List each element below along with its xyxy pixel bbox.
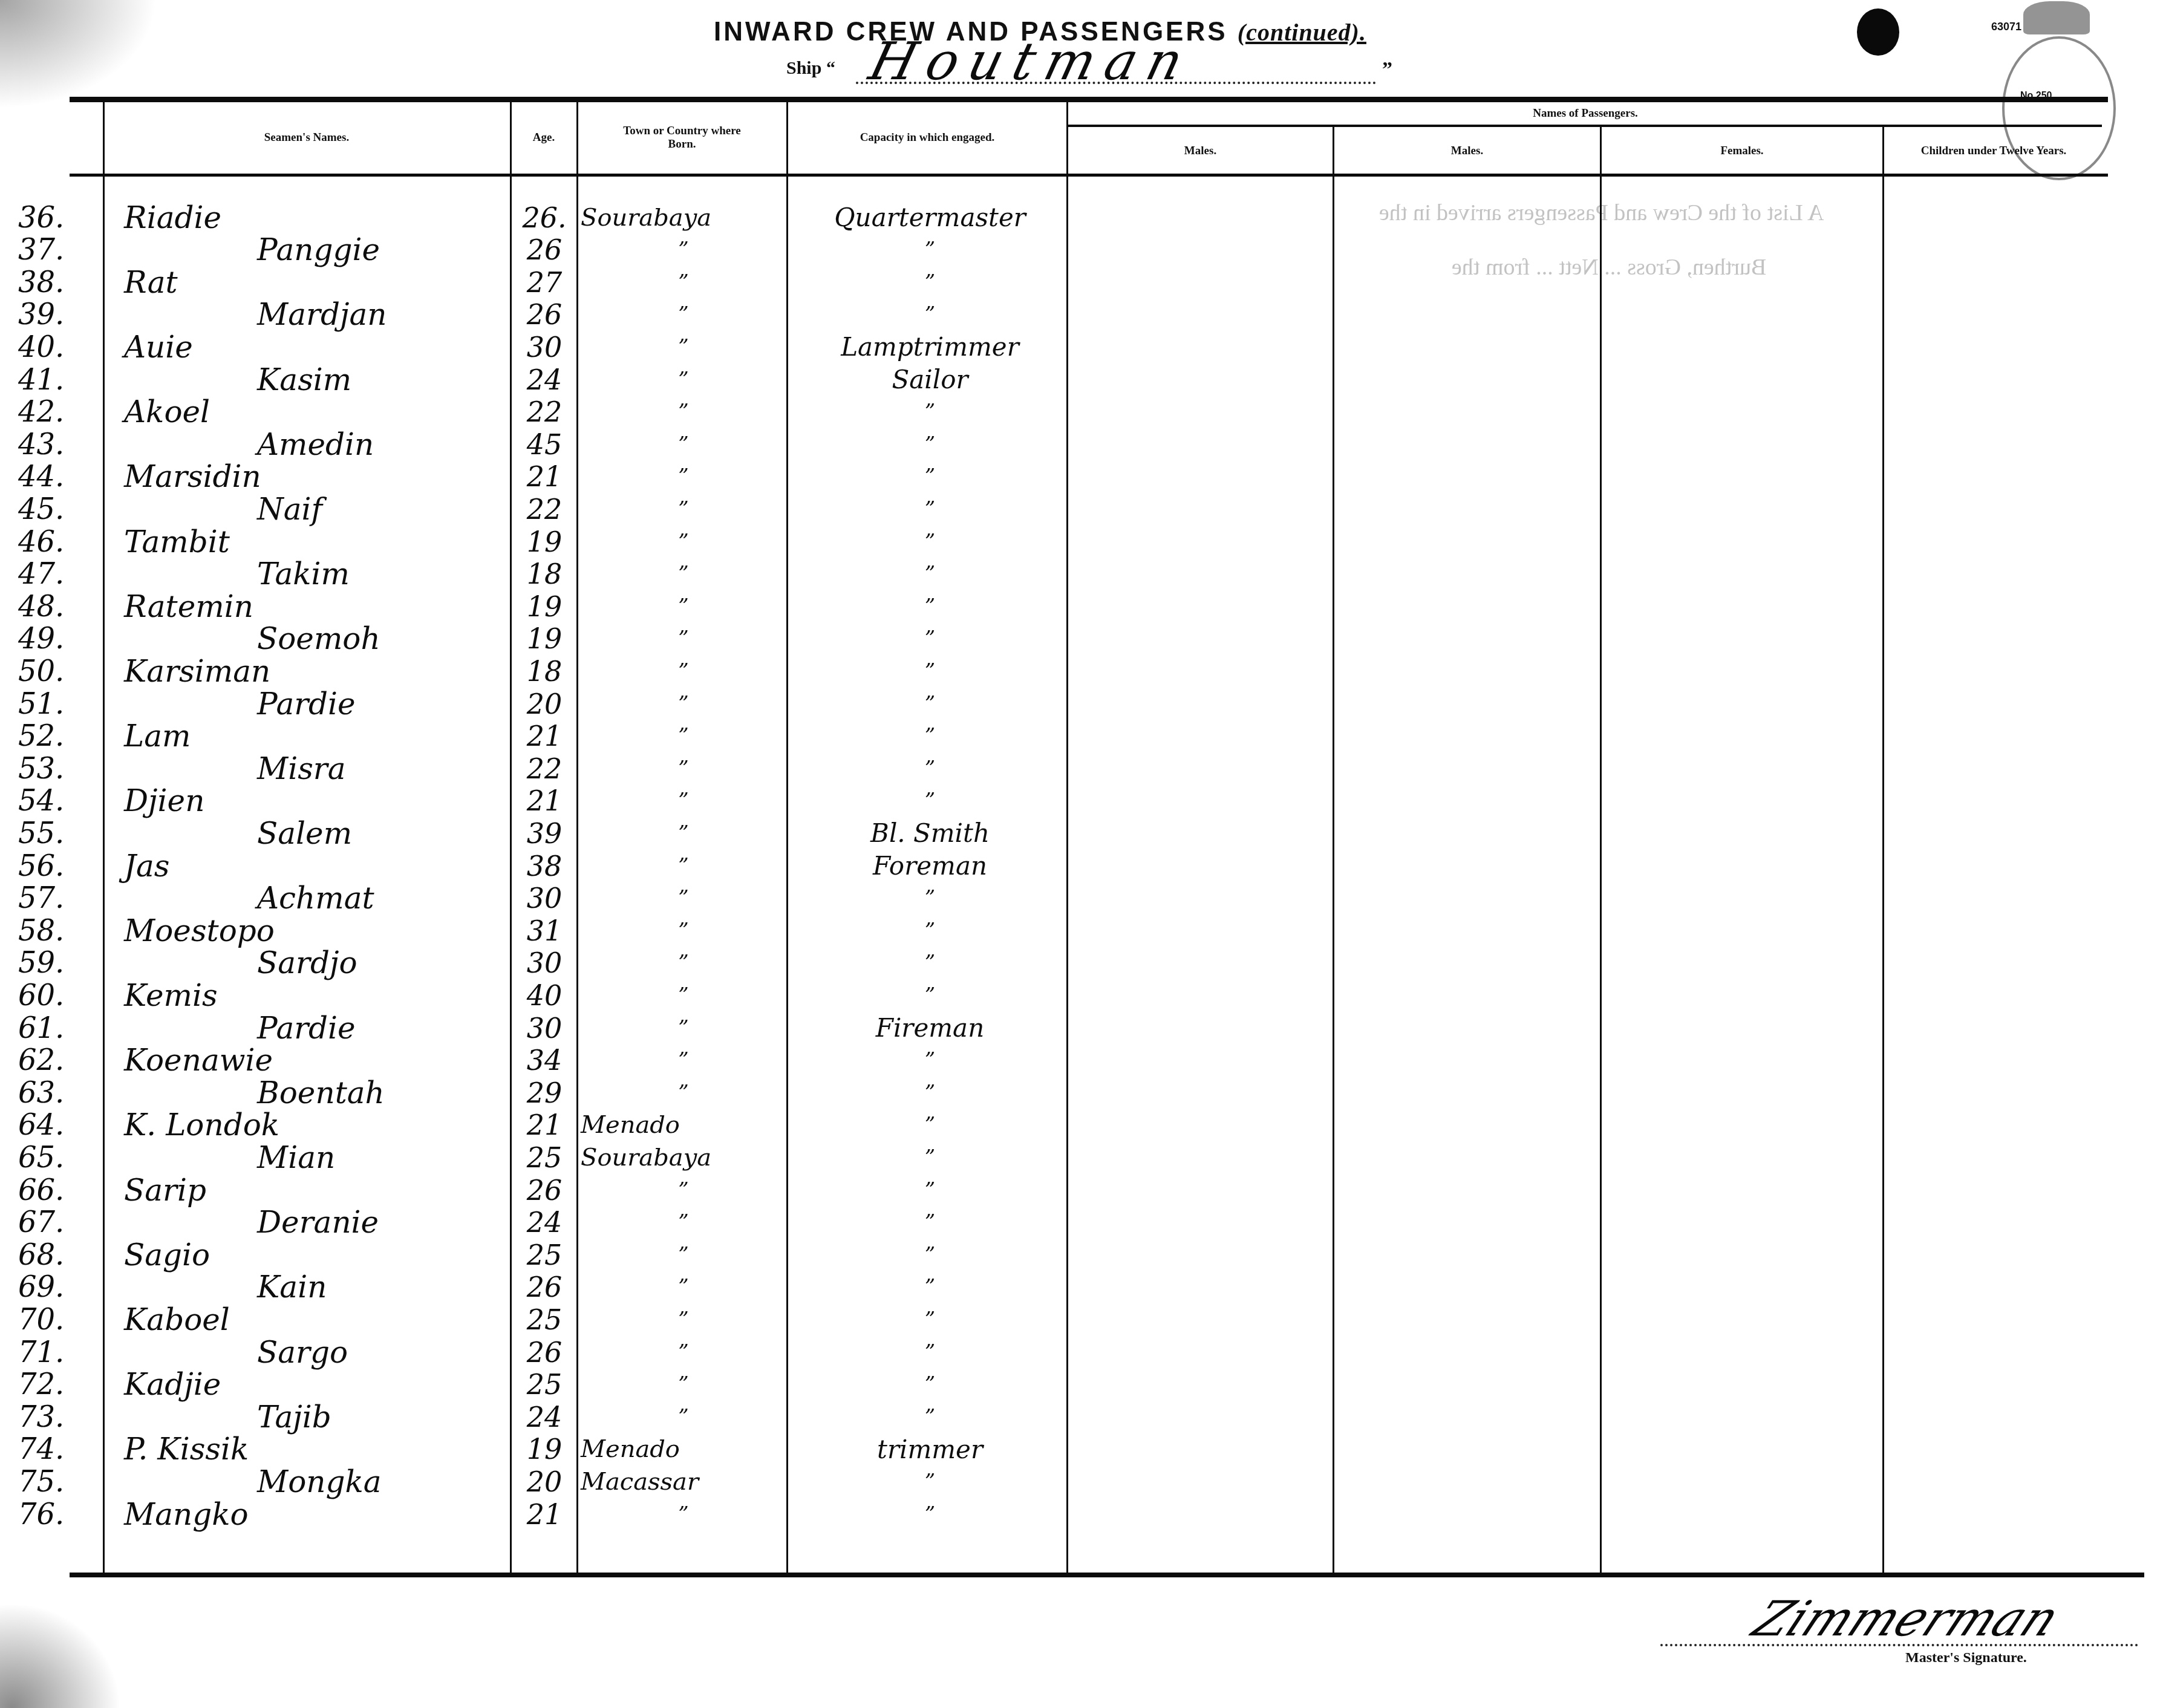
table-row: 49.Soemoh19”” [0, 623, 2163, 656]
seaman-name: Sagio [124, 1239, 499, 1271]
table-row: 73.Tajib24”” [0, 1401, 2163, 1433]
row-number: 71. [18, 1336, 91, 1368]
table-row: 44.Marsidin21”” [0, 461, 2163, 494]
seaman-name: K. Londok [124, 1109, 499, 1141]
row-number: 74. [18, 1433, 91, 1465]
birthplace: ” [581, 234, 786, 266]
table-row: 54.Djien21”” [0, 785, 2163, 818]
seaman-age: 18 [514, 558, 575, 590]
row-number: 53. [18, 752, 91, 784]
row-number: 51. [18, 688, 91, 720]
capacity-engaged: ” [792, 590, 1068, 622]
seaman-age: 39 [514, 817, 575, 849]
seaman-age: 25 [514, 1303, 575, 1335]
row-number: 67. [18, 1207, 91, 1239]
form-number: 63071 [1991, 21, 2021, 33]
birthplace: ” [581, 947, 786, 979]
seaman-age: 22 [514, 396, 575, 428]
table-row: 75.Mongka20Macassar” [0, 1465, 2163, 1498]
table-row: 42.Akoel22”” [0, 396, 2163, 429]
row-number: 65. [18, 1141, 91, 1173]
capacity-engaged: ” [792, 428, 1068, 460]
row-number: 56. [18, 850, 91, 882]
birthplace: ” [581, 979, 786, 1011]
row-number: 42. [18, 396, 91, 428]
seaman-name: Sarip [124, 1174, 499, 1206]
capacity-engaged: ” [792, 947, 1068, 979]
table-row: 58.Moestopo31”” [0, 914, 2163, 947]
ship-close-quote: ” [1382, 58, 1392, 81]
table-row: 66.Sarip26”” [0, 1174, 2163, 1207]
row-number: 47. [18, 558, 91, 590]
birthplace: ” [581, 1239, 786, 1271]
birthplace: ” [581, 914, 786, 947]
capacity-engaged: ” [792, 623, 1068, 655]
table-row: 65.Mian25Sourabaya” [0, 1141, 2163, 1174]
seaman-name: Kaboel [124, 1303, 499, 1335]
table-row: 59.Sardjo30”” [0, 947, 2163, 980]
table-row: 57.Achmat30”” [0, 882, 2163, 915]
seaman-name: Karsiman [124, 655, 499, 687]
birthplace: ” [581, 623, 786, 655]
birthplace: ” [581, 1498, 786, 1530]
header-seamens-names: Seamen's Names. [104, 103, 509, 172]
row-number: 37. [18, 234, 91, 266]
capacity-engaged: ” [792, 461, 1068, 493]
row-number: 62. [18, 1045, 91, 1077]
row-number: 57. [18, 882, 91, 914]
table-top-rule [70, 97, 2108, 102]
row-number: 63. [18, 1077, 91, 1109]
table-row: 48.Ratemin19”” [0, 590, 2163, 623]
capacity-engaged: ” [792, 1303, 1068, 1335]
seaman-age: 19 [514, 623, 575, 655]
seaman-name: Kemis [124, 979, 499, 1011]
birthplace: ” [581, 461, 786, 493]
capacity-engaged: ” [792, 1207, 1068, 1239]
birthplace: ” [581, 1207, 786, 1239]
seaman-age: 20 [514, 1465, 575, 1498]
capacity-engaged: Lamptrimmer [792, 331, 1068, 363]
seaman-age: 18 [514, 655, 575, 687]
capacity-engaged: ” [792, 752, 1068, 784]
capacity-engaged: ” [792, 558, 1068, 590]
seaman-name: Mangko [124, 1498, 499, 1530]
seaman-name: Jas [124, 850, 499, 882]
table-bottom-rule [70, 1573, 2144, 1577]
row-number: 41. [18, 363, 91, 396]
table-row: 36.Riadie26.SourabayaQuartermaster [0, 201, 2163, 234]
birthplace: ” [581, 526, 786, 558]
seaman-age: 27 [514, 266, 575, 298]
seaman-age: 22 [514, 752, 575, 784]
row-number: 69. [18, 1271, 91, 1303]
birthplace: ” [581, 558, 786, 590]
seaman-age: 19 [514, 590, 575, 622]
header-children: Children under Twelve Years. [1884, 128, 2103, 174]
capacity-engaged: ” [792, 526, 1068, 558]
row-number: 55. [18, 817, 91, 849]
birthplace: Sourabaya [581, 201, 786, 233]
row-number: 49. [18, 623, 91, 655]
seaman-name: Tambit [124, 526, 499, 558]
seaman-name: Ratemin [124, 590, 499, 622]
birthplace: ” [581, 850, 786, 882]
seaman-age: 30 [514, 1012, 575, 1044]
table-row: 70.Kaboel25”” [0, 1303, 2163, 1336]
table-row: 45.Naif22”” [0, 493, 2163, 526]
birthplace: ” [581, 266, 786, 298]
row-number: 61. [18, 1012, 91, 1044]
ship-label: Ship “ [786, 58, 835, 79]
table-row: 40.Auie30”Lamptrimmer [0, 331, 2163, 363]
capacity-engaged: ” [792, 266, 1068, 298]
seaman-age: 24 [514, 363, 575, 396]
table-row: 37.Panggie26”” [0, 234, 2163, 267]
seaman-name: Riadie [124, 201, 499, 233]
row-number: 54. [18, 785, 91, 817]
capacity-engaged: Fireman [792, 1012, 1068, 1044]
table-row: 53.Misra22”” [0, 752, 2163, 785]
header-town-born: Town or Country where Born. [581, 103, 783, 172]
capacity-engaged: ” [792, 882, 1068, 914]
table-row: 46.Tambit19”” [0, 526, 2163, 558]
table-row: 50.Karsiman18”” [0, 655, 2163, 688]
birthplace: Macassar [581, 1465, 786, 1498]
birthplace: ” [581, 720, 786, 752]
row-number: 38. [18, 266, 91, 298]
table-row: 64.K. Londok21Menado” [0, 1109, 2163, 1142]
row-number: 44. [18, 461, 91, 493]
seaman-age: 26 [514, 234, 575, 266]
passenger-group-rule [1068, 125, 2102, 127]
capacity-engaged: ” [792, 396, 1068, 428]
table-row: 55.Salem39”Bl. Smith [0, 817, 2163, 850]
seaman-name: Akoel [124, 396, 499, 428]
seaman-age: 45 [514, 428, 575, 460]
table-row: 76.Mangko21”” [0, 1498, 2163, 1531]
table-row: 69.Kain26”” [0, 1271, 2163, 1304]
manifest-page: INWARD CREW AND PASSENGERS (continued). … [0, 0, 2163, 1708]
seaman-age: 26 [514, 299, 575, 331]
capacity-engaged: trimmer [792, 1433, 1068, 1465]
birthplace: ” [581, 1174, 786, 1206]
seaman-age: 24 [514, 1401, 575, 1433]
row-number: 60. [18, 979, 91, 1011]
table-row: 51.Pardie20”” [0, 688, 2163, 720]
capacity-engaged: ” [792, 1239, 1068, 1271]
table-row: 39.Mardjan26”” [0, 299, 2163, 331]
table-row: 41.Kasim24”Sailor [0, 363, 2163, 396]
row-number: 64. [18, 1109, 91, 1141]
seaman-age: 24 [514, 1207, 575, 1239]
capacity-engaged: ” [792, 1369, 1068, 1401]
birthplace: ” [581, 688, 786, 720]
row-number: 50. [18, 655, 91, 687]
capacity-engaged: ” [792, 1077, 1068, 1109]
header-capacity: Capacity in which engaged. [788, 103, 1066, 172]
capacity-engaged: ” [792, 1401, 1068, 1433]
row-number: 39. [18, 299, 91, 331]
capacity-engaged: ” [792, 493, 1068, 525]
table-row: 43.Amedin45”” [0, 428, 2163, 461]
table-row: 60.Kemis40”” [0, 979, 2163, 1012]
signature-label: Master's Signature. [1905, 1650, 2027, 1666]
birthplace: ” [581, 882, 786, 914]
table-row: 61.Pardie30”Fireman [0, 1012, 2163, 1045]
row-number: 43. [18, 428, 91, 460]
birthplace: ” [581, 363, 786, 396]
capacity-engaged: ” [792, 979, 1068, 1011]
capacity-engaged: Foreman [792, 850, 1068, 882]
seaman-age: 21 [514, 1498, 575, 1530]
row-number: 72. [18, 1369, 91, 1401]
row-number: 48. [18, 590, 91, 622]
capacity-engaged: Sailor [792, 363, 1068, 396]
seaman-age: 19 [514, 1433, 575, 1465]
birthplace: ” [581, 752, 786, 784]
row-number: 70. [18, 1303, 91, 1335]
seaman-age: 25 [514, 1369, 575, 1401]
seaman-age: 21 [514, 461, 575, 493]
seaman-age: 31 [514, 914, 575, 947]
row-number: 46. [18, 526, 91, 558]
row-number: 75. [18, 1465, 91, 1498]
seaman-age: 30 [514, 882, 575, 914]
birthplace: Menado [581, 1433, 786, 1465]
seaman-name: Kadjie [124, 1369, 499, 1401]
seaman-age: 40 [514, 979, 575, 1011]
row-number: 40. [18, 331, 91, 363]
table-row: 68.Sagio25”” [0, 1239, 2163, 1271]
seaman-age: 34 [514, 1045, 575, 1077]
seaman-age: 22 [514, 493, 575, 525]
row-number: 45. [18, 493, 91, 525]
seaman-age: 21 [514, 785, 575, 817]
header-males-2: Males. [1334, 128, 1600, 174]
scan-smudge [0, 0, 157, 109]
capacity-engaged: ” [792, 1271, 1068, 1303]
seaman-age: 26 [514, 1174, 575, 1206]
row-number: 36. [18, 201, 91, 233]
table-row: 74.P. Kissik19Menadotrimmer [0, 1433, 2163, 1466]
seaman-name: Lam [124, 720, 499, 752]
seaman-age: 25 [514, 1141, 575, 1173]
row-number: 59. [18, 947, 91, 979]
birthplace: ” [581, 1401, 786, 1433]
birthplace: ” [581, 493, 786, 525]
scan-smudge [0, 1603, 121, 1708]
birthplace: ” [581, 299, 786, 331]
seaman-name: Marsidin [124, 461, 499, 493]
header-names-of-passengers: Names of Passengers. [1068, 103, 2103, 125]
birthplace: ” [581, 396, 786, 428]
capacity-engaged: ” [792, 1465, 1068, 1498]
capacity-engaged: ” [792, 655, 1068, 687]
header-females: Females. [1602, 128, 1882, 174]
table-row: 67.Deranie24”” [0, 1207, 2163, 1239]
birthplace: ” [581, 817, 786, 849]
birthplace: ” [581, 590, 786, 622]
birthplace: ” [581, 1271, 786, 1303]
birthplace: ” [581, 331, 786, 363]
capacity-engaged: ” [792, 234, 1068, 266]
row-number: 58. [18, 914, 91, 947]
header-bottom-rule [70, 174, 2108, 177]
signature-line [1660, 1644, 2138, 1646]
birthplace: ” [581, 1336, 786, 1368]
row-number: 76. [18, 1498, 91, 1530]
capacity-engaged: ” [792, 1336, 1068, 1368]
header-males-1: Males. [1068, 128, 1333, 174]
row-number: 68. [18, 1239, 91, 1271]
capacity-engaged: Bl. Smith [792, 817, 1068, 849]
row-number: 52. [18, 720, 91, 752]
capacity-engaged: ” [792, 914, 1068, 947]
capacity-engaged: ” [792, 1141, 1068, 1173]
birthplace: ” [581, 1012, 786, 1044]
birthplace: ” [581, 1303, 786, 1335]
seaman-name: Koenawie [124, 1045, 499, 1077]
capacity-engaged: Quartermaster [792, 201, 1068, 233]
seaman-name: Rat [124, 266, 499, 298]
seaman-age: 26 [514, 1336, 575, 1368]
seaman-name: Djien [124, 785, 499, 817]
title-suffix: (continued). [1238, 19, 1366, 46]
birthplace: ” [581, 428, 786, 460]
seaman-age: 29 [514, 1077, 575, 1109]
seaman-age: 26 [514, 1271, 575, 1303]
seaman-age: 21 [514, 720, 575, 752]
seaman-name: Moestopo [124, 914, 499, 947]
ship-name: Houtman [864, 31, 1200, 92]
capacity-engaged: ” [792, 1109, 1068, 1141]
master-signature: Zimmerman [1744, 1591, 2069, 1647]
table-row: 52.Lam21”” [0, 720, 2163, 753]
capacity-engaged: ” [792, 299, 1068, 331]
seaman-age: 38 [514, 850, 575, 882]
capacity-engaged: ” [792, 1174, 1068, 1206]
capacity-engaged: ” [792, 785, 1068, 817]
header-age: Age. [512, 103, 576, 172]
punch-hole [1857, 8, 1899, 56]
crown-stamp-icon [2023, 1, 2090, 34]
capacity-engaged: ” [792, 1045, 1068, 1077]
birthplace: ” [581, 1077, 786, 1109]
table-row: 71.Sargo26”” [0, 1336, 2163, 1369]
row-number: 66. [18, 1174, 91, 1206]
capacity-engaged: ” [792, 688, 1068, 720]
birthplace: ” [581, 1369, 786, 1401]
seaman-name: P. Kissik [124, 1433, 499, 1465]
row-number: 73. [18, 1401, 91, 1433]
table-row: 47.Takim18”” [0, 558, 2163, 591]
seaman-age: 30 [514, 331, 575, 363]
birthplace: ” [581, 1045, 786, 1077]
capacity-engaged: ” [792, 720, 1068, 752]
table-row: 72.Kadjie25”” [0, 1369, 2163, 1401]
seaman-age: 26. [514, 201, 575, 233]
table-row: 63.Boentah29”” [0, 1077, 2163, 1109]
seaman-name: Auie [124, 331, 499, 363]
seaman-age: 25 [514, 1239, 575, 1271]
seaman-age: 30 [514, 947, 575, 979]
table-row: 38.Rat27”” [0, 266, 2163, 299]
seaman-age: 21 [514, 1109, 575, 1141]
capacity-engaged: ” [792, 1498, 1068, 1530]
seaman-age: 20 [514, 688, 575, 720]
table-row: 56.Jas38”Foreman [0, 850, 2163, 882]
birthplace: Sourabaya [581, 1141, 786, 1173]
birthplace: ” [581, 785, 786, 817]
birthplace: Menado [581, 1109, 786, 1141]
birthplace: ” [581, 655, 786, 687]
seaman-age: 19 [514, 526, 575, 558]
table-row: 62.Koenawie34”” [0, 1045, 2163, 1077]
